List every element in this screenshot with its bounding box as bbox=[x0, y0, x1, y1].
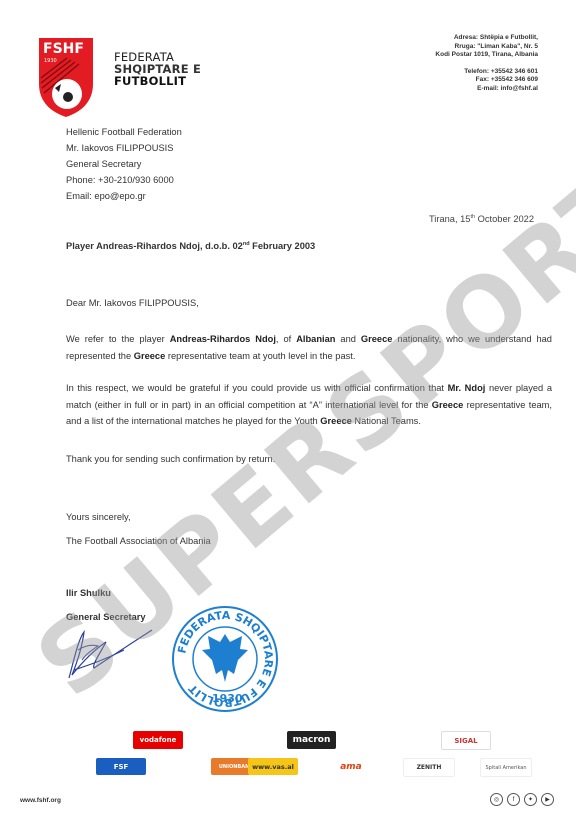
federation-name: FEDERATA SHQIPTARE E FUTBOLLIT bbox=[114, 51, 201, 87]
sponsor-vodafone-logo: vodafone bbox=[133, 731, 183, 749]
svg-text:FSHF: FSHF bbox=[43, 41, 84, 57]
letter-subject: Player Andreas-Rihardos Ndoj, d.o.b. 02n… bbox=[66, 241, 315, 251]
letterhead-address: Adresa: Shtëpia e Futbollit, Rruga: "Lim… bbox=[435, 34, 538, 94]
fshf-crest-logo: FSHF 1930 bbox=[37, 36, 95, 118]
supersport-watermark: SUPERSPORT.AL bbox=[16, 183, 576, 719]
recipient-phone: Phone: +30-210/930 6000 bbox=[66, 172, 182, 188]
fax-line: Fax: +35542 346 609 bbox=[435, 76, 538, 85]
social-icons: ◎ f ✦ ▶ bbox=[490, 793, 554, 806]
twitter-icon[interactable]: ✦ bbox=[524, 793, 537, 806]
sponsor-sigal-logo: SIGAL bbox=[441, 731, 491, 750]
closing: Yours sincerely, bbox=[66, 512, 131, 522]
federation-name-line3: FUTBOLLIT bbox=[114, 75, 201, 87]
address-line: Adresa: Shtëpia e Futbollit, bbox=[435, 34, 538, 43]
recipient-email: Email: epo@epo.gr bbox=[66, 188, 182, 204]
phone-line: Telefon: +35542 346 601 bbox=[435, 68, 538, 77]
double-headed-eagle-icon bbox=[202, 634, 248, 682]
footer-website-link[interactable]: www.fshf.org bbox=[20, 797, 61, 804]
recipient-title: General Secretary bbox=[66, 156, 182, 172]
sponsor-vas-logo: www.vas.al bbox=[248, 758, 298, 775]
address-line: Rruga: "Liman Kaba", Nr. 5 bbox=[435, 43, 538, 52]
svg-text:1930: 1930 bbox=[212, 692, 243, 705]
recipient-block: Hellenic Football Federation Mr. Iakovos… bbox=[66, 124, 182, 204]
youtube-icon[interactable]: ▶ bbox=[541, 793, 554, 806]
sponsor-fsf-logo: FSF bbox=[96, 758, 146, 775]
address-line: Kodi Postar 1019, Tirana, Albania bbox=[435, 51, 538, 60]
svg-text:1930: 1930 bbox=[44, 58, 57, 64]
recipient-name: Mr. Iakovos FILIPPOUSIS bbox=[66, 140, 182, 156]
email-line: E-mail: info@fshf.al bbox=[435, 85, 538, 94]
sponsor-macron-logo: macron bbox=[287, 731, 336, 749]
sponsor-zenith-logo: ZENITH bbox=[403, 758, 455, 777]
sponsor-ama-logo: ama bbox=[326, 758, 376, 775]
sponsor-spitali-amerikan-logo: Spitali Amerikan bbox=[480, 758, 532, 777]
instagram-icon[interactable]: ◎ bbox=[490, 793, 503, 806]
facebook-icon[interactable]: f bbox=[507, 793, 520, 806]
salutation: Dear Mr. Iakovos FILIPPOUSIS, bbox=[66, 298, 199, 308]
recipient-org: Hellenic Football Federation bbox=[66, 124, 182, 140]
